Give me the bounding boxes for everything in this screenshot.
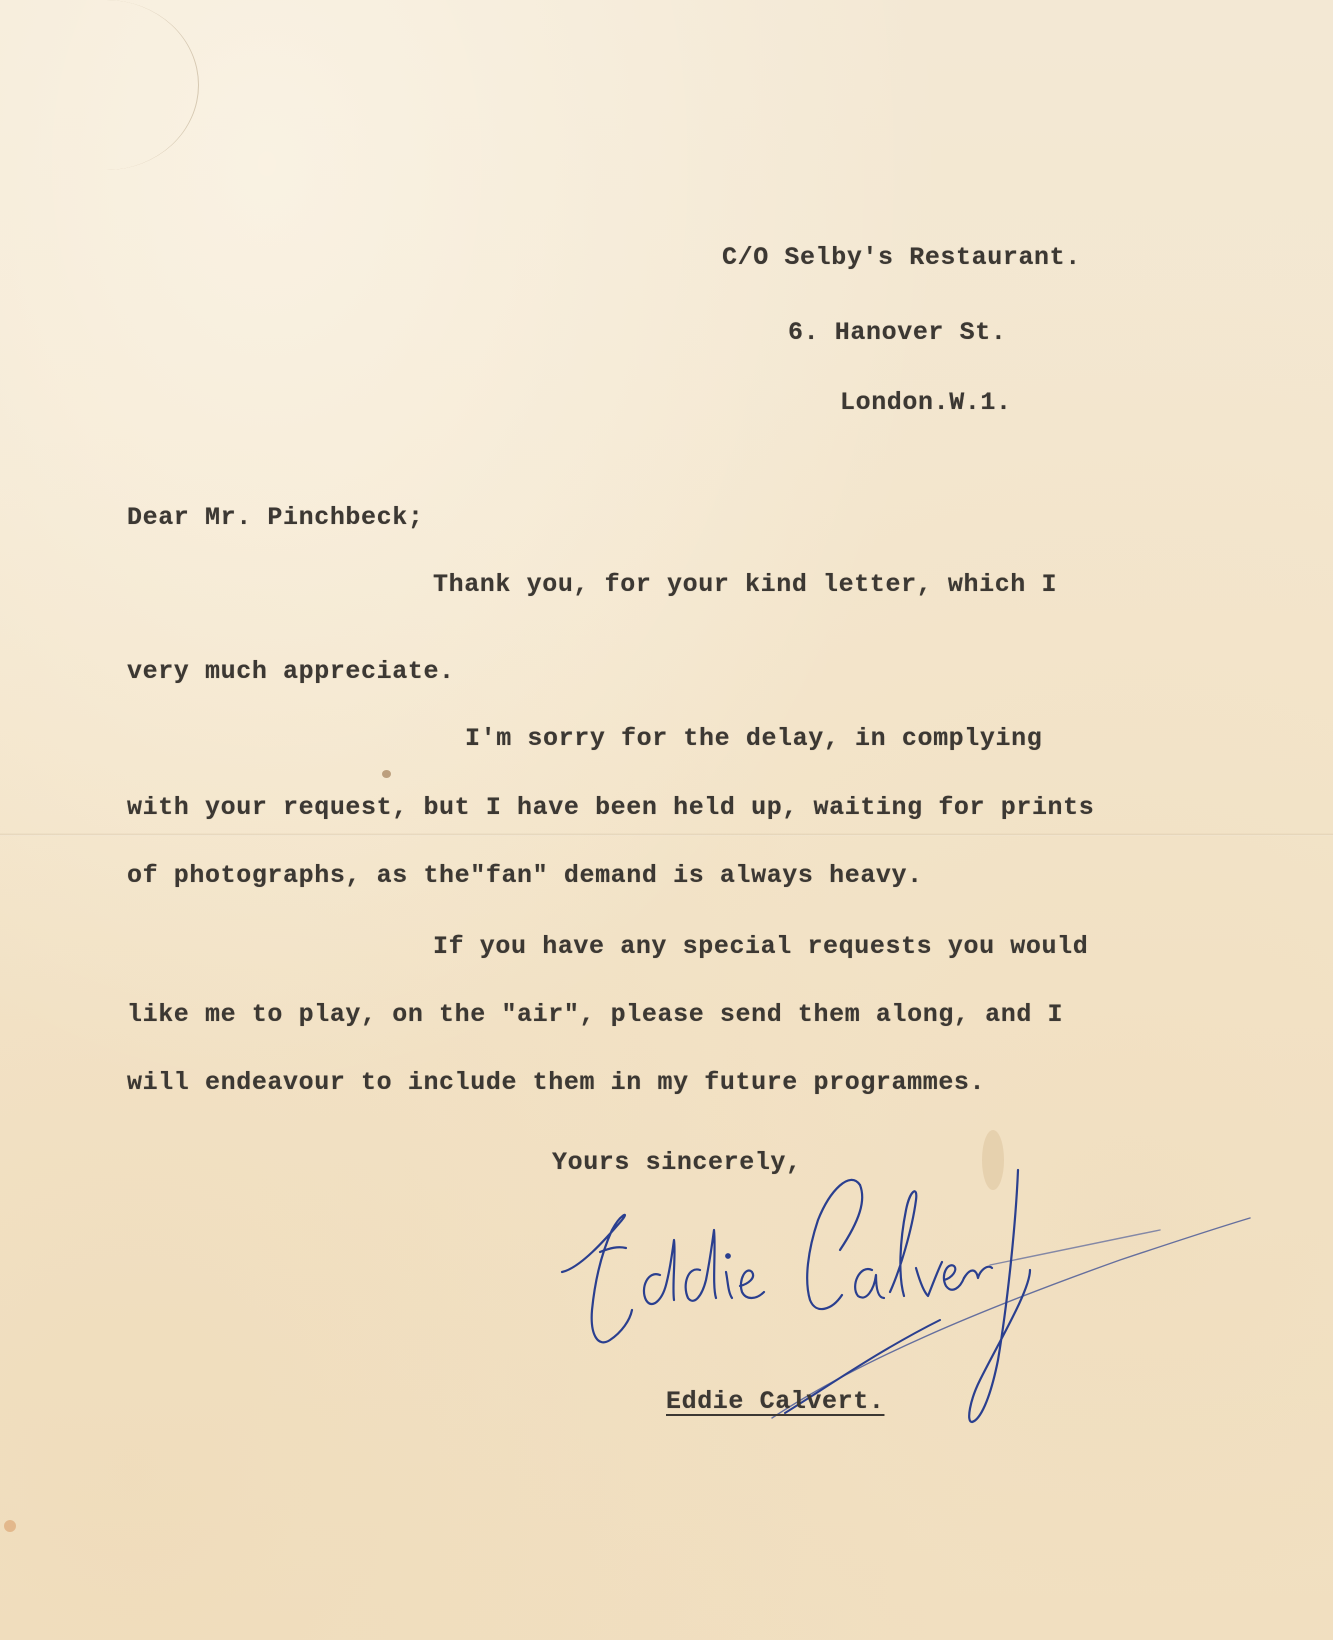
paper-stain: [4, 1520, 16, 1532]
body-line-3: I'm sorry for the delay, in complying: [465, 724, 1042, 753]
body-line-7: like me to play, on the "air", please se…: [127, 1000, 1063, 1029]
body-line-1: Thank you, for your kind letter, which I: [433, 570, 1057, 599]
address-line-3: London.W.1.: [840, 388, 1012, 417]
address-line-1: C/O Selby's Restaurant.: [722, 243, 1081, 272]
paper-fold-line: [0, 833, 1333, 836]
typed-name: Eddie Calvert.: [666, 1387, 884, 1416]
body-line-5: of photographs, as the"fan" demand is al…: [127, 861, 923, 890]
body-line-8: will endeavour to include them in my fut…: [127, 1068, 985, 1097]
address-line-2: 6. Hanover St.: [788, 318, 1006, 347]
body-line-4: with your request, but I have been held …: [127, 793, 1094, 822]
salutation: Dear Mr. Pinchbeck;: [127, 503, 423, 532]
body-line-2: very much appreciate.: [127, 657, 455, 686]
paper-stain: [382, 770, 391, 778]
handwritten-signature: [560, 1160, 1300, 1490]
body-line-6: If you have any special requests you wou…: [433, 932, 1088, 961]
